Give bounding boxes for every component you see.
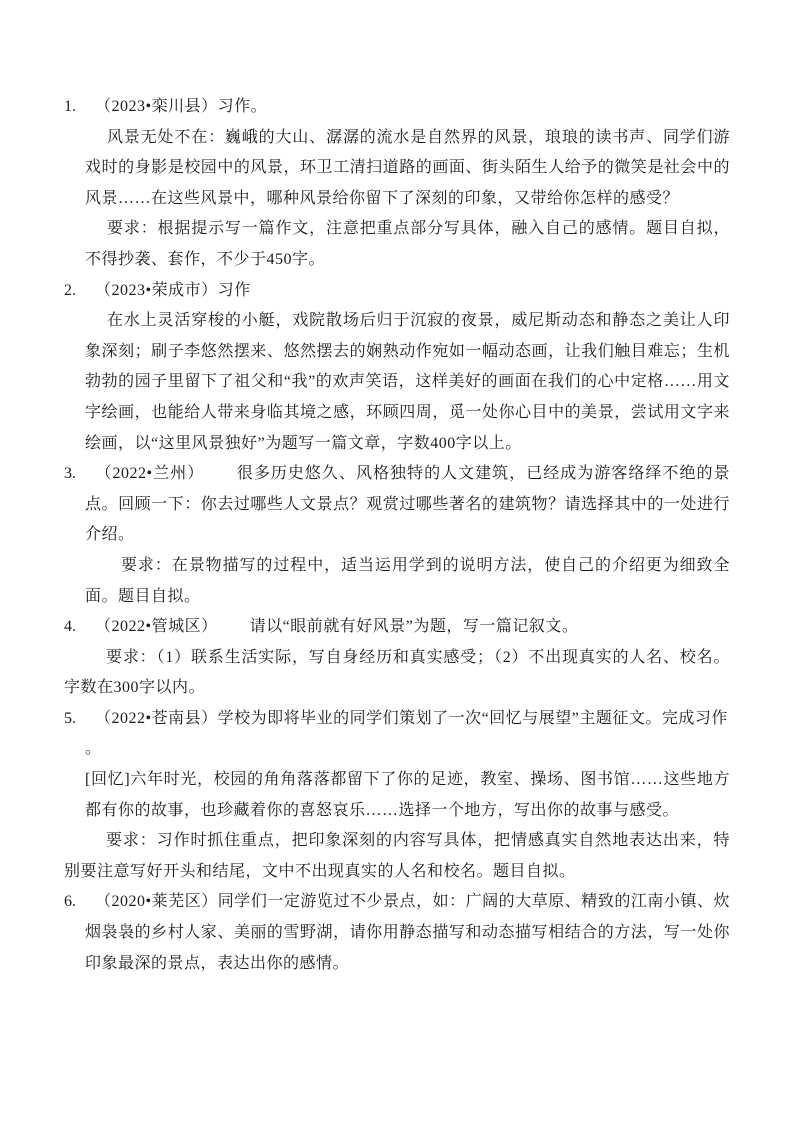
exercise-item-2: 2.（2023•荣成市）习作 在水上灵活穿梭的小艇，戏院散场后归于沉寂的夜景，威… [64,276,730,460]
item-source: （2023•荣成市）习作 [95,282,251,299]
item-heading-line: 1.（2023•栾川县）习作。 [64,92,730,123]
paragraph: 风景无处不在：巍峨的大山、潺潺的流水是自然界的风景，琅琅的读书声、同学们游戏时的… [85,123,730,215]
item-source: （2022•苍南县） [95,710,218,727]
orphan-period-line: 。 [85,734,730,765]
item-heading-line: 4.（2022•管城区）请以“眼前就有好风景”为题，写一篇记叙文。 [64,612,730,643]
item-heading-line: 3.（2022•兰州）很多历史悠久、风格独特的人文建筑，已经成为游客络绎不绝的景… [64,459,730,551]
item-number: 4. [64,612,95,643]
requirements-paragraph: 要求：在景物描写的过程中，适当运用学到的说明方法，使自己的介绍更为细致全面。题目… [85,551,730,612]
item-number: 3. [64,459,95,490]
item-source: （2022•管城区） [95,618,218,635]
exercise-item-3: 3.（2022•兰州）很多历史悠久、风格独特的人文建筑，已经成为游客络绎不绝的景… [64,459,730,612]
item-source: （2022•兰州） [95,465,204,482]
exercise-item-6: 6.（2020•莱芜区）同学们一定游览过不少景点，如：广阔的大草原、精致的江南小… [64,887,730,979]
item-source: （2023•栾川县）习作。 [95,98,267,115]
item-lead: 学校为即将毕业的同学们策划了一次“回忆与展望”主题征文。完成习作 [218,710,728,727]
exercise-item-4: 4.（2022•管城区）请以“眼前就有好风景”为题，写一篇记叙文。 要求：（1）… [64,612,730,704]
requirements-paragraph: 要求：根据提示写一篇作文，注意把重点部分写具体，融入自己的感情。题目自拟，不得抄… [85,214,730,275]
item-heading-line: 6.（2020•莱芜区）同学们一定游览过不少景点，如：广阔的大草原、精致的江南小… [64,887,730,979]
item-number: 6. [64,887,95,918]
exercise-item-1: 1.（2023•栾川县）习作。 风景无处不在：巍峨的大山、潺潺的流水是自然界的风… [64,92,730,276]
exercise-item-5: 5.（2022•苍南县）学校为即将毕业的同学们策划了一次“回忆与展望”主题征文。… [64,704,730,888]
document-page: 1.（2023•栾川县）习作。 风景无处不在：巍峨的大山、潺潺的流水是自然界的风… [0,0,794,1123]
item-number: 5. [64,704,95,735]
requirements-paragraph: 要求：习作时抓住重点，把印象深刻的内容写具体，把情感真实自然地表达出来，特别要注… [64,826,730,887]
item-number: 1. [64,92,95,123]
paragraph: 在水上灵活穿梭的小艇，戏院散场后归于沉寂的夜景，威尼斯动态和静态之美让人印象深刻… [85,306,730,459]
item-lead: 请以“眼前就有好风景”为题，写一篇记叙文。 [250,618,579,635]
item-number: 2. [64,276,95,307]
requirements-paragraph: 要求：（1）联系生活实际，写自身经历和真实感受；（2）不出现真实的人名、校名。字… [64,643,730,704]
item-source: （2020•莱芜区） [95,893,218,910]
item-heading-line: 5.（2022•苍南县）学校为即将毕业的同学们策划了一次“回忆与展望”主题征文。… [64,704,730,735]
memory-paragraph: [回忆]六年时光，校园的角角落落都留下了你的足迹，教室、操场、图书馆……这些地方… [85,765,730,826]
item-heading-line: 2.（2023•荣成市）习作 [64,276,730,307]
